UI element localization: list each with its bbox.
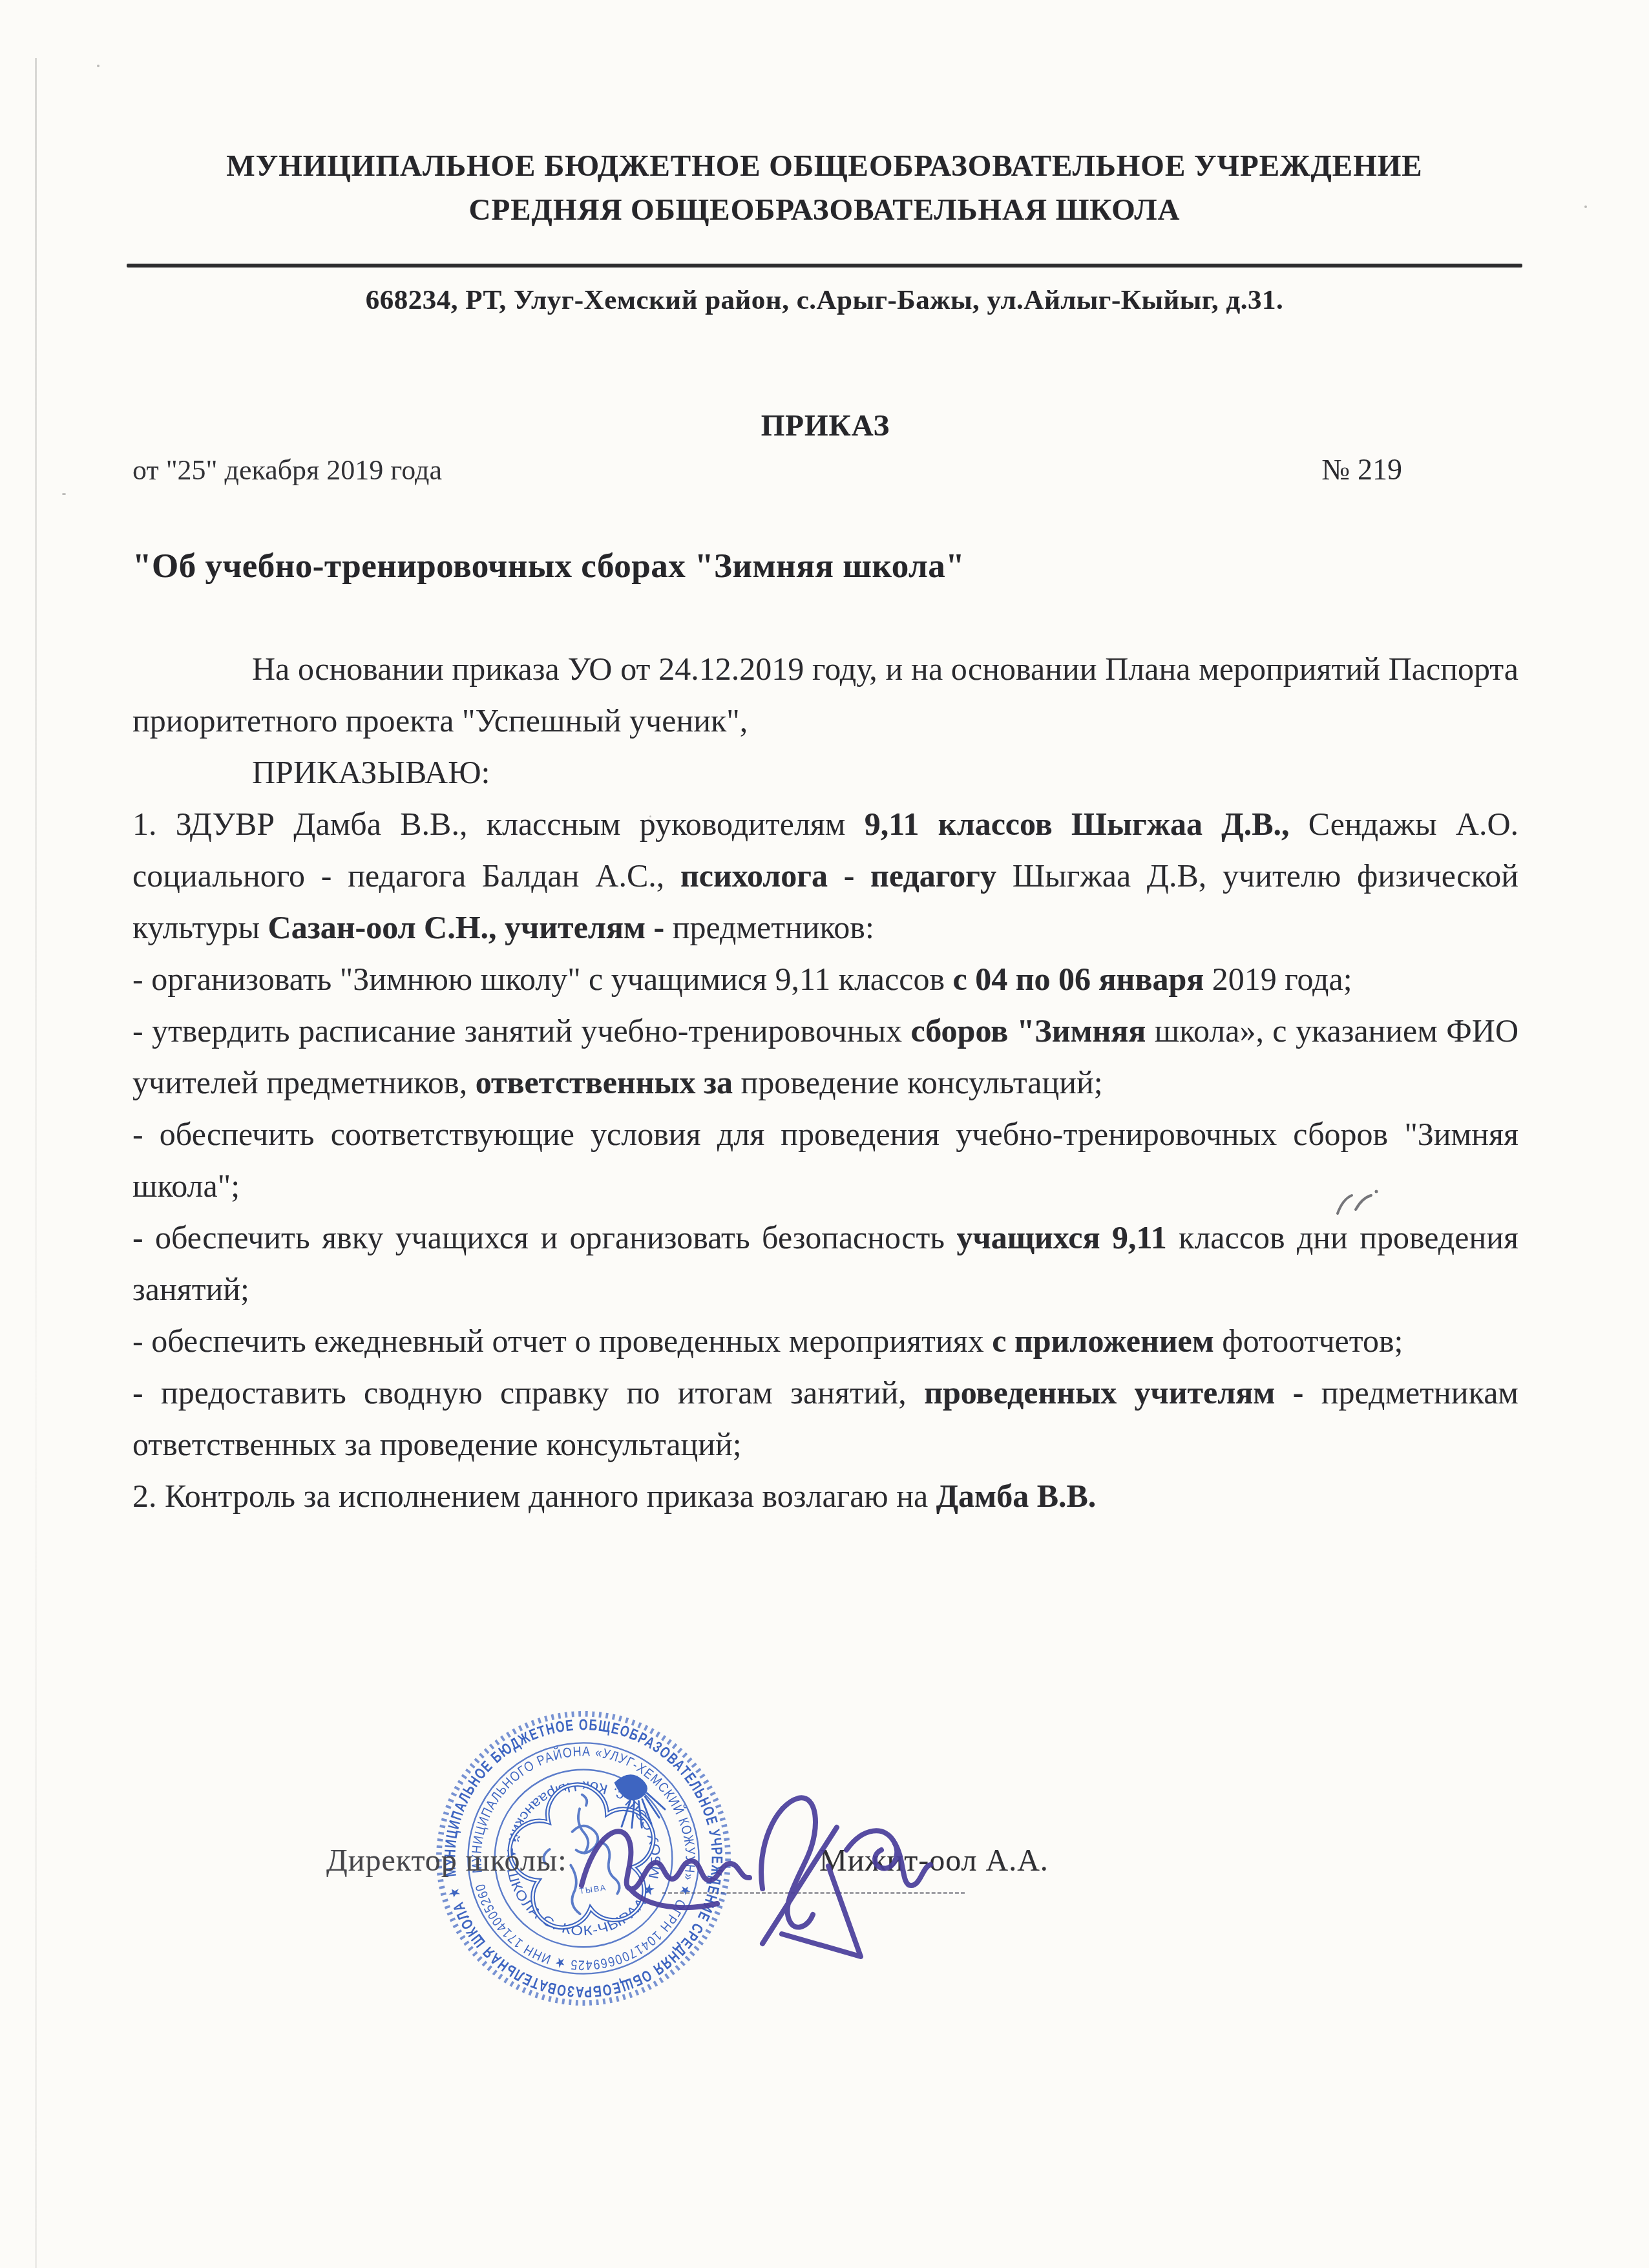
paragraph-segment: 1. ЗДУВР Дамба В.В., классным руководите… bbox=[132, 806, 865, 842]
paragraph-segment: На основании приказа УО от 24.12.2019 го… bbox=[132, 651, 1518, 739]
signature-role-label: Директор школы: bbox=[326, 1843, 567, 1878]
paragraph-segment: Сазан-оол С.Н., учителям - bbox=[268, 909, 665, 945]
paragraph-segment: - организовать "Зимнюю школу" с учащимис… bbox=[132, 961, 953, 997]
paragraph: - предоставить сводную справку по итогам… bbox=[132, 1367, 1518, 1470]
doc-type-title: ПРИКАЗ bbox=[132, 408, 1518, 443]
paragraph-segment: 2019 года; bbox=[1204, 961, 1352, 997]
paragraph-segment: 2. Контроль за исполнением данного прика… bbox=[132, 1478, 936, 1514]
paragraph-segment: сборов "Зимняя bbox=[910, 1013, 1146, 1049]
order-subject: "Об учебно-тренировочных сборах "Зимняя … bbox=[132, 547, 1518, 585]
paragraph-segment: ПРИКАЗЫВАЮ: bbox=[252, 754, 490, 790]
paragraph-segment: Дамба В.В. bbox=[936, 1478, 1097, 1514]
letterhead-rule bbox=[127, 264, 1522, 268]
paragraph: - обеспечить явку учащихся и организоват… bbox=[132, 1212, 1518, 1315]
document-page: МУНИЦИПАЛЬНОЕ БЮДЖЕТНОЕ ОБЩЕОБРАЗОВАТЕЛЬ… bbox=[0, 0, 1649, 2268]
paragraph-segment: ответственных за bbox=[476, 1064, 733, 1100]
paragraph: 1. ЗДУВР Дамба В.В., классным руководите… bbox=[132, 798, 1518, 953]
paragraph: - организовать "Зимнюю школу" с учащимис… bbox=[132, 953, 1518, 1005]
org-name-line2: СРЕДНЯЯ ОБЩЕОБРАЗОВАТЕЛЬНАЯ ШКОЛА bbox=[0, 193, 1649, 227]
body-paragraphs: На основании приказа УО от 24.12.2019 го… bbox=[132, 643, 1518, 1522]
paragraph-segment: с 04 по 06 января bbox=[953, 961, 1204, 997]
document-content: ПРИКАЗ от "25" декабря 2019 года № 219 "… bbox=[0, 408, 1649, 1522]
org-address: 668234, РТ, Улуг-Хемский район, с.Арыг-Б… bbox=[0, 283, 1649, 318]
paragraph-segment: - обеспечить ежедневный отчет о проведен… bbox=[132, 1323, 992, 1359]
paragraph: - обеспечить соответствующие условия для… bbox=[132, 1108, 1518, 1212]
date-number-row: от "25" декабря 2019 года № 219 bbox=[132, 452, 1518, 488]
letterhead: МУНИЦИПАЛЬНОЕ БЮДЖЕТНОЕ ОБЩЕОБРАЗОВАТЕЛЬ… bbox=[0, 0, 1649, 318]
scan-speck bbox=[97, 65, 100, 67]
paragraph: - обеспечить ежедневный отчет о проведен… bbox=[132, 1315, 1518, 1367]
scan-speck bbox=[649, 815, 651, 817]
org-name-line1: МУНИЦИПАЛЬНОЕ БЮДЖЕТНОЕ ОБЩЕОБРАЗОВАТЕЛЬ… bbox=[0, 149, 1649, 184]
paragraph: ПРИКАЗЫВАЮ: bbox=[132, 746, 1518, 798]
paragraph-segment: - обеспечить соответствующие условия для… bbox=[132, 1116, 1518, 1204]
paragraph-segment: 9,11 классов Шыгжаа Д.В., bbox=[865, 806, 1290, 842]
paragraph: На основании приказа УО от 24.12.2019 го… bbox=[132, 643, 1518, 746]
scan-speck bbox=[62, 493, 66, 495]
paragraph-segment: психолога - педагогу bbox=[680, 857, 996, 894]
paragraph-segment: - утвердить расписание занятий учебно-тр… bbox=[132, 1013, 910, 1049]
paragraph: 2. Контроль за исполнением данного прика… bbox=[132, 1470, 1518, 1522]
paragraph-segment: с приложением bbox=[992, 1323, 1214, 1359]
order-number: № 219 bbox=[1322, 452, 1402, 487]
paragraph-segment: проведение консультаций; bbox=[733, 1064, 1102, 1100]
paragraph-segment: учащихся 9,11 bbox=[957, 1219, 1167, 1255]
order-date: от "25" декабря 2019 года bbox=[132, 453, 442, 488]
scan-edge-artifact bbox=[35, 58, 37, 2268]
paragraph-segment: проведенных учителям - bbox=[924, 1374, 1303, 1411]
scan-speck bbox=[1584, 205, 1587, 208]
paragraph-segment: предметников: bbox=[664, 909, 874, 945]
director-signature bbox=[569, 1789, 1021, 1989]
ink-mark bbox=[1329, 1180, 1393, 1232]
paragraph-segment: - обеспечить явку учащихся и организоват… bbox=[132, 1219, 957, 1255]
paragraph-segment: фотоотчетов; bbox=[1214, 1323, 1403, 1359]
paragraph: - утвердить расписание занятий учебно-тр… bbox=[132, 1005, 1518, 1108]
paragraph-segment: - предоставить сводную справку по итогам… bbox=[132, 1374, 924, 1411]
